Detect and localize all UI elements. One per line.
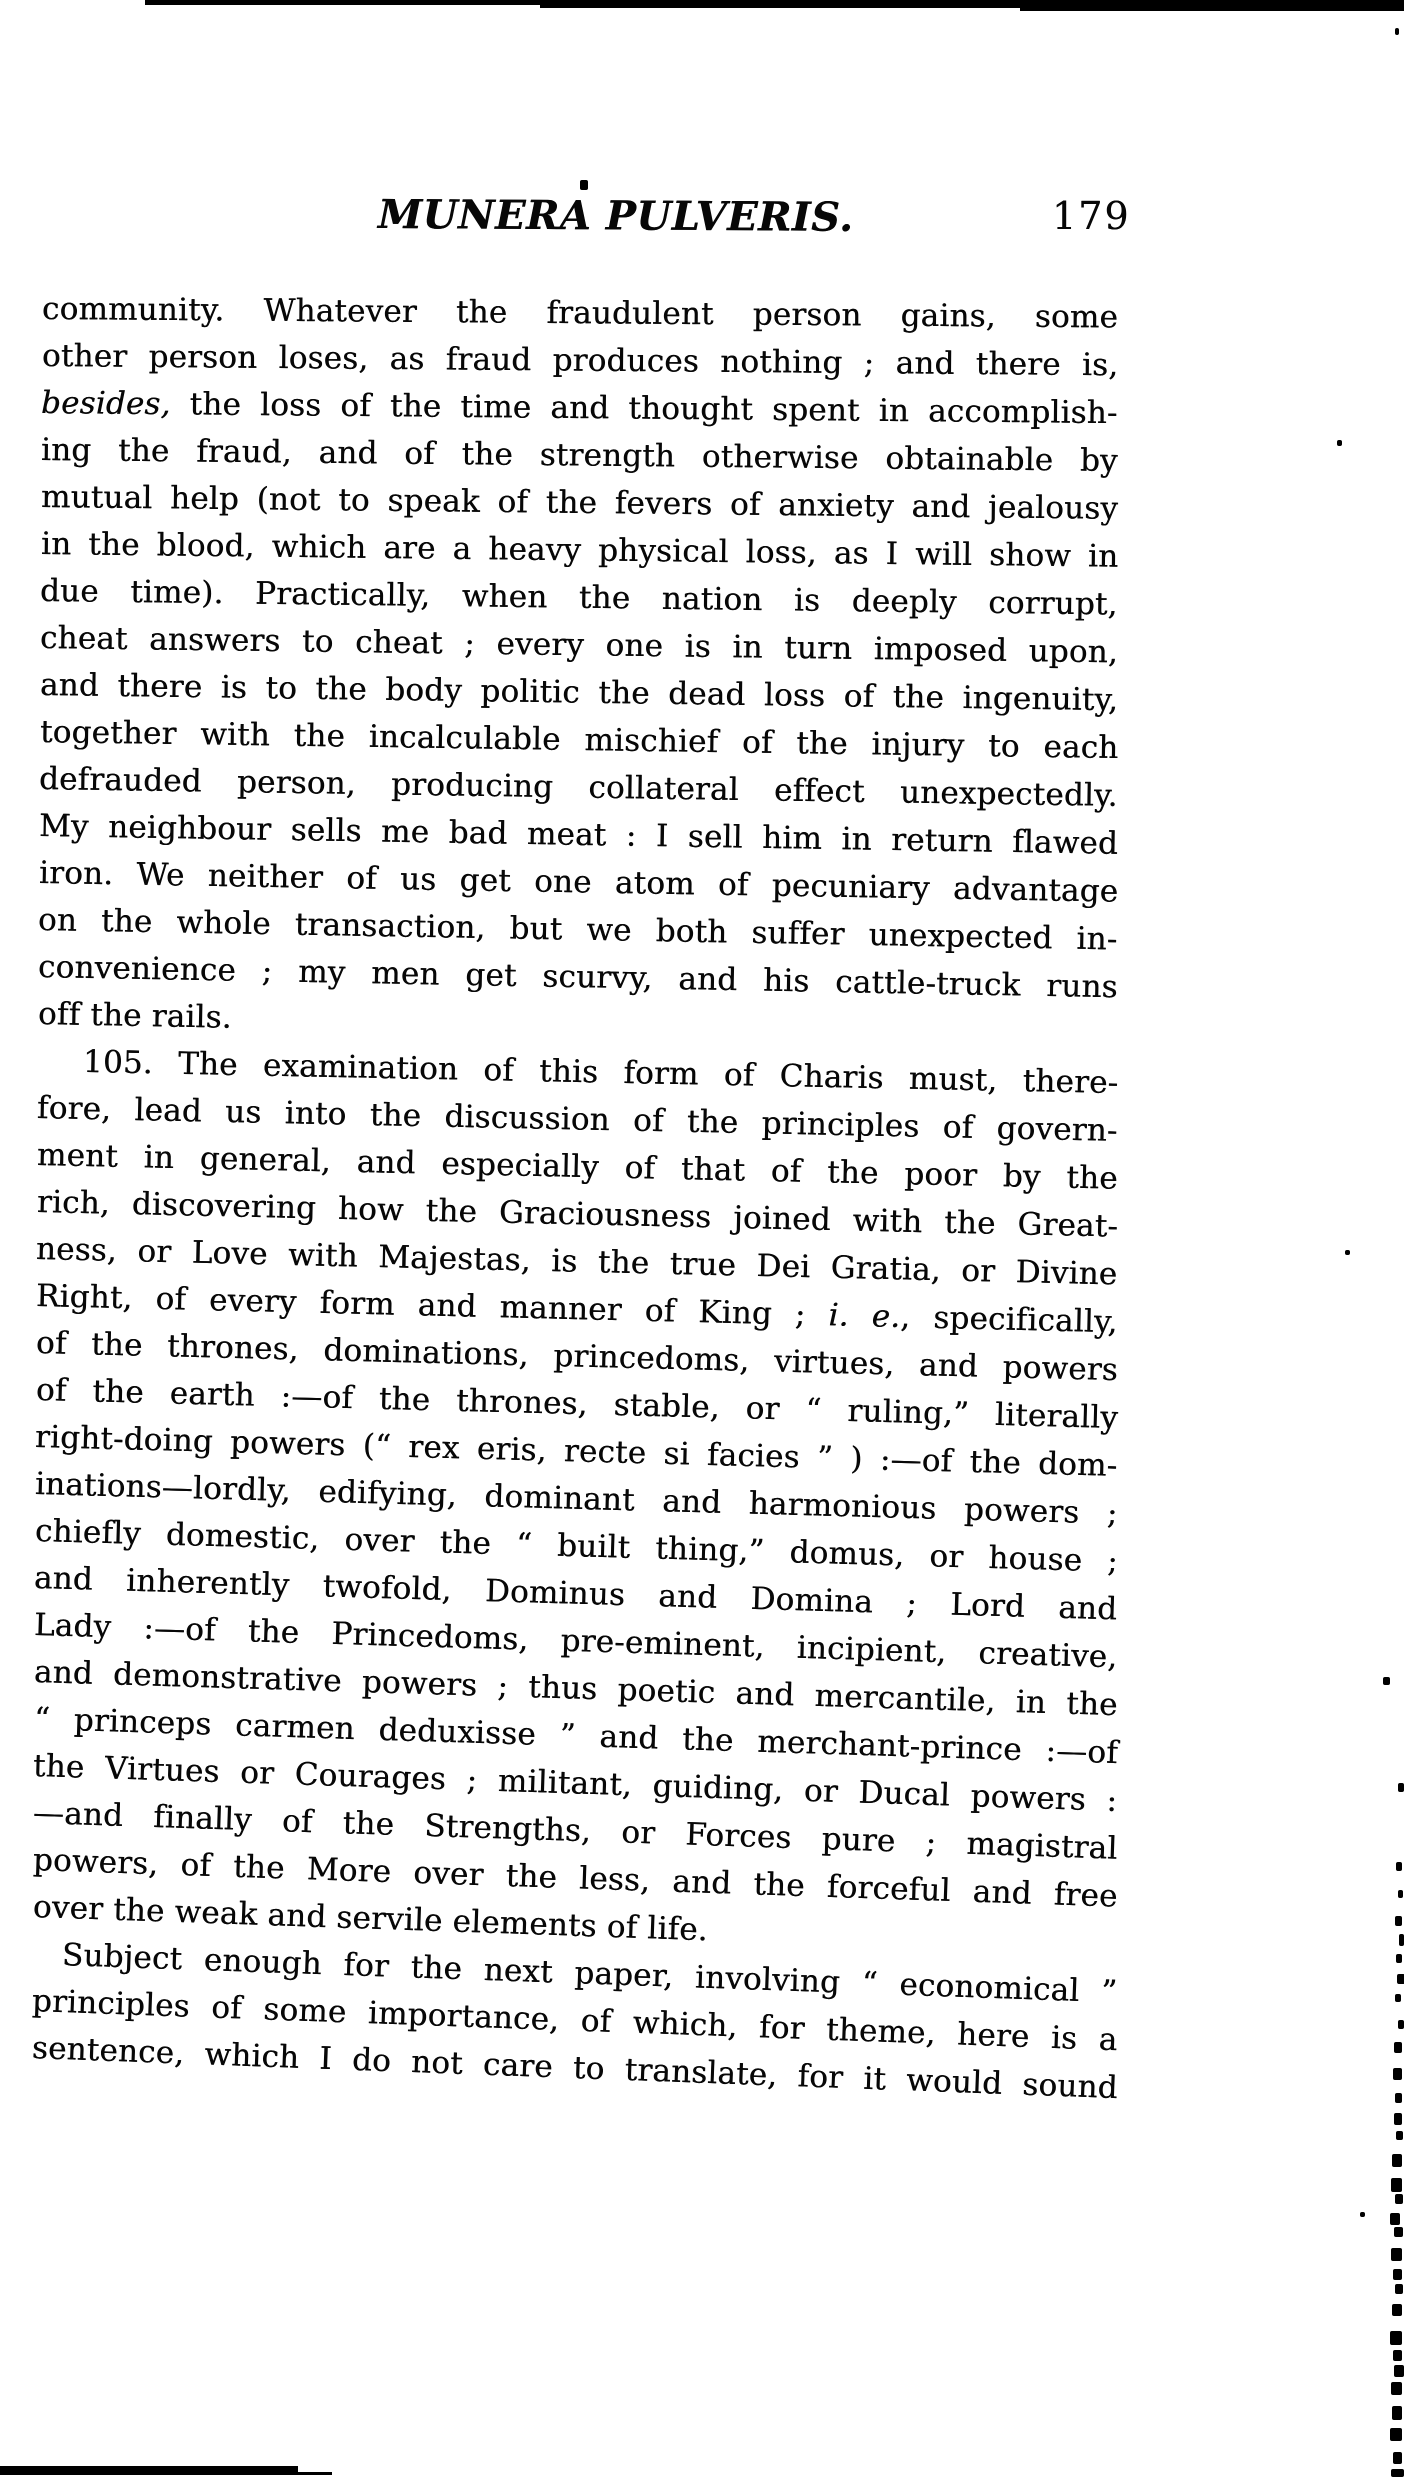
scan-speck <box>1398 1890 1403 1898</box>
scan-speck <box>1393 2269 1402 2280</box>
body-text: mutual help (not to speak of the fevers … <box>41 479 1118 527</box>
scan-speck <box>1391 2178 1402 2192</box>
scan-speck <box>1391 2469 1404 2477</box>
body-text: off the rails. <box>37 996 231 1036</box>
scan-speck <box>580 180 588 190</box>
body-text: ing the fraud, and of the strength other… <box>41 432 1118 479</box>
scan-speck <box>1396 1954 1402 1963</box>
scan-speck <box>1394 2113 1402 2125</box>
scan-speck <box>1394 2042 1402 2053</box>
scan-speck <box>1396 1862 1402 1871</box>
scan-speck <box>1393 2350 1402 2361</box>
scan-speck <box>1390 2331 1402 2345</box>
body-text: community. Whatever the fraudulent perso… <box>42 291 1118 335</box>
scan-speck <box>1393 2068 1402 2080</box>
top-edge-artifact <box>1020 3 1404 11</box>
scan-speck <box>1395 2194 1403 2204</box>
scan-speck <box>1337 440 1342 446</box>
scan-speck <box>1392 2406 1402 2420</box>
scan-speck <box>1398 1783 1404 1792</box>
scan-speck <box>1391 2248 1402 2261</box>
scan-speck <box>1395 1994 1401 2002</box>
scan-speck <box>1394 2227 1403 2237</box>
scan-speck <box>1395 1916 1402 1926</box>
scanned-book-page: MUNERA PULVERIS. 179 community. Whatever… <box>0 0 1404 2477</box>
scan-speck <box>1393 2452 1402 2464</box>
body-text: in the blood, which are a heavy physical… <box>40 526 1118 575</box>
body-text: , specifically, <box>900 1299 1118 1340</box>
scan-speck <box>1390 2428 1402 2441</box>
text-line: community. Whatever the fraudulent perso… <box>42 286 1118 341</box>
paragraph: 105. The examination of this form of Cha… <box>42 1038 1118 1931</box>
body-text: the loss of the time and thought spent i… <box>171 386 1118 431</box>
italic-text: i. e. <box>828 1297 901 1335</box>
scan-speck <box>1397 1974 1404 1984</box>
scan-speck <box>1360 2212 1365 2217</box>
scan-speck <box>1392 2304 1402 2316</box>
page-title: MUNERA PULVERIS. <box>378 191 854 241</box>
paragraph: community. Whatever the fraudulent perso… <box>42 286 1118 1038</box>
scan-speck <box>1395 2093 1402 2103</box>
scan-speck <box>1395 2284 1403 2294</box>
body-text: other person loses, as fraud produces no… <box>42 338 1119 383</box>
scan-speck <box>1383 1677 1390 1685</box>
scan-speck <box>1398 2020 1404 2029</box>
scan-speck <box>1391 2382 1402 2395</box>
italic-text: besides, <box>41 385 171 422</box>
scan-speck <box>1390 2213 1400 2225</box>
scan-speck <box>1395 28 1399 35</box>
bottom-edge-artifact <box>0 2472 332 2475</box>
scan-speck <box>1392 2154 1402 2167</box>
scan-speck <box>1399 1934 1404 1946</box>
text-block: community. Whatever the fraudulent perso… <box>42 286 1118 2072</box>
scan-speck <box>1396 2131 1403 2140</box>
page-number: 179 <box>1052 194 1131 238</box>
body-text: due time). Practically, when the nation … <box>40 573 1118 623</box>
scan-speck <box>1345 1250 1350 1255</box>
scan-speck <box>1394 2365 1404 2377</box>
body-text: cheat answers to cheat ; every one is in… <box>40 620 1118 670</box>
